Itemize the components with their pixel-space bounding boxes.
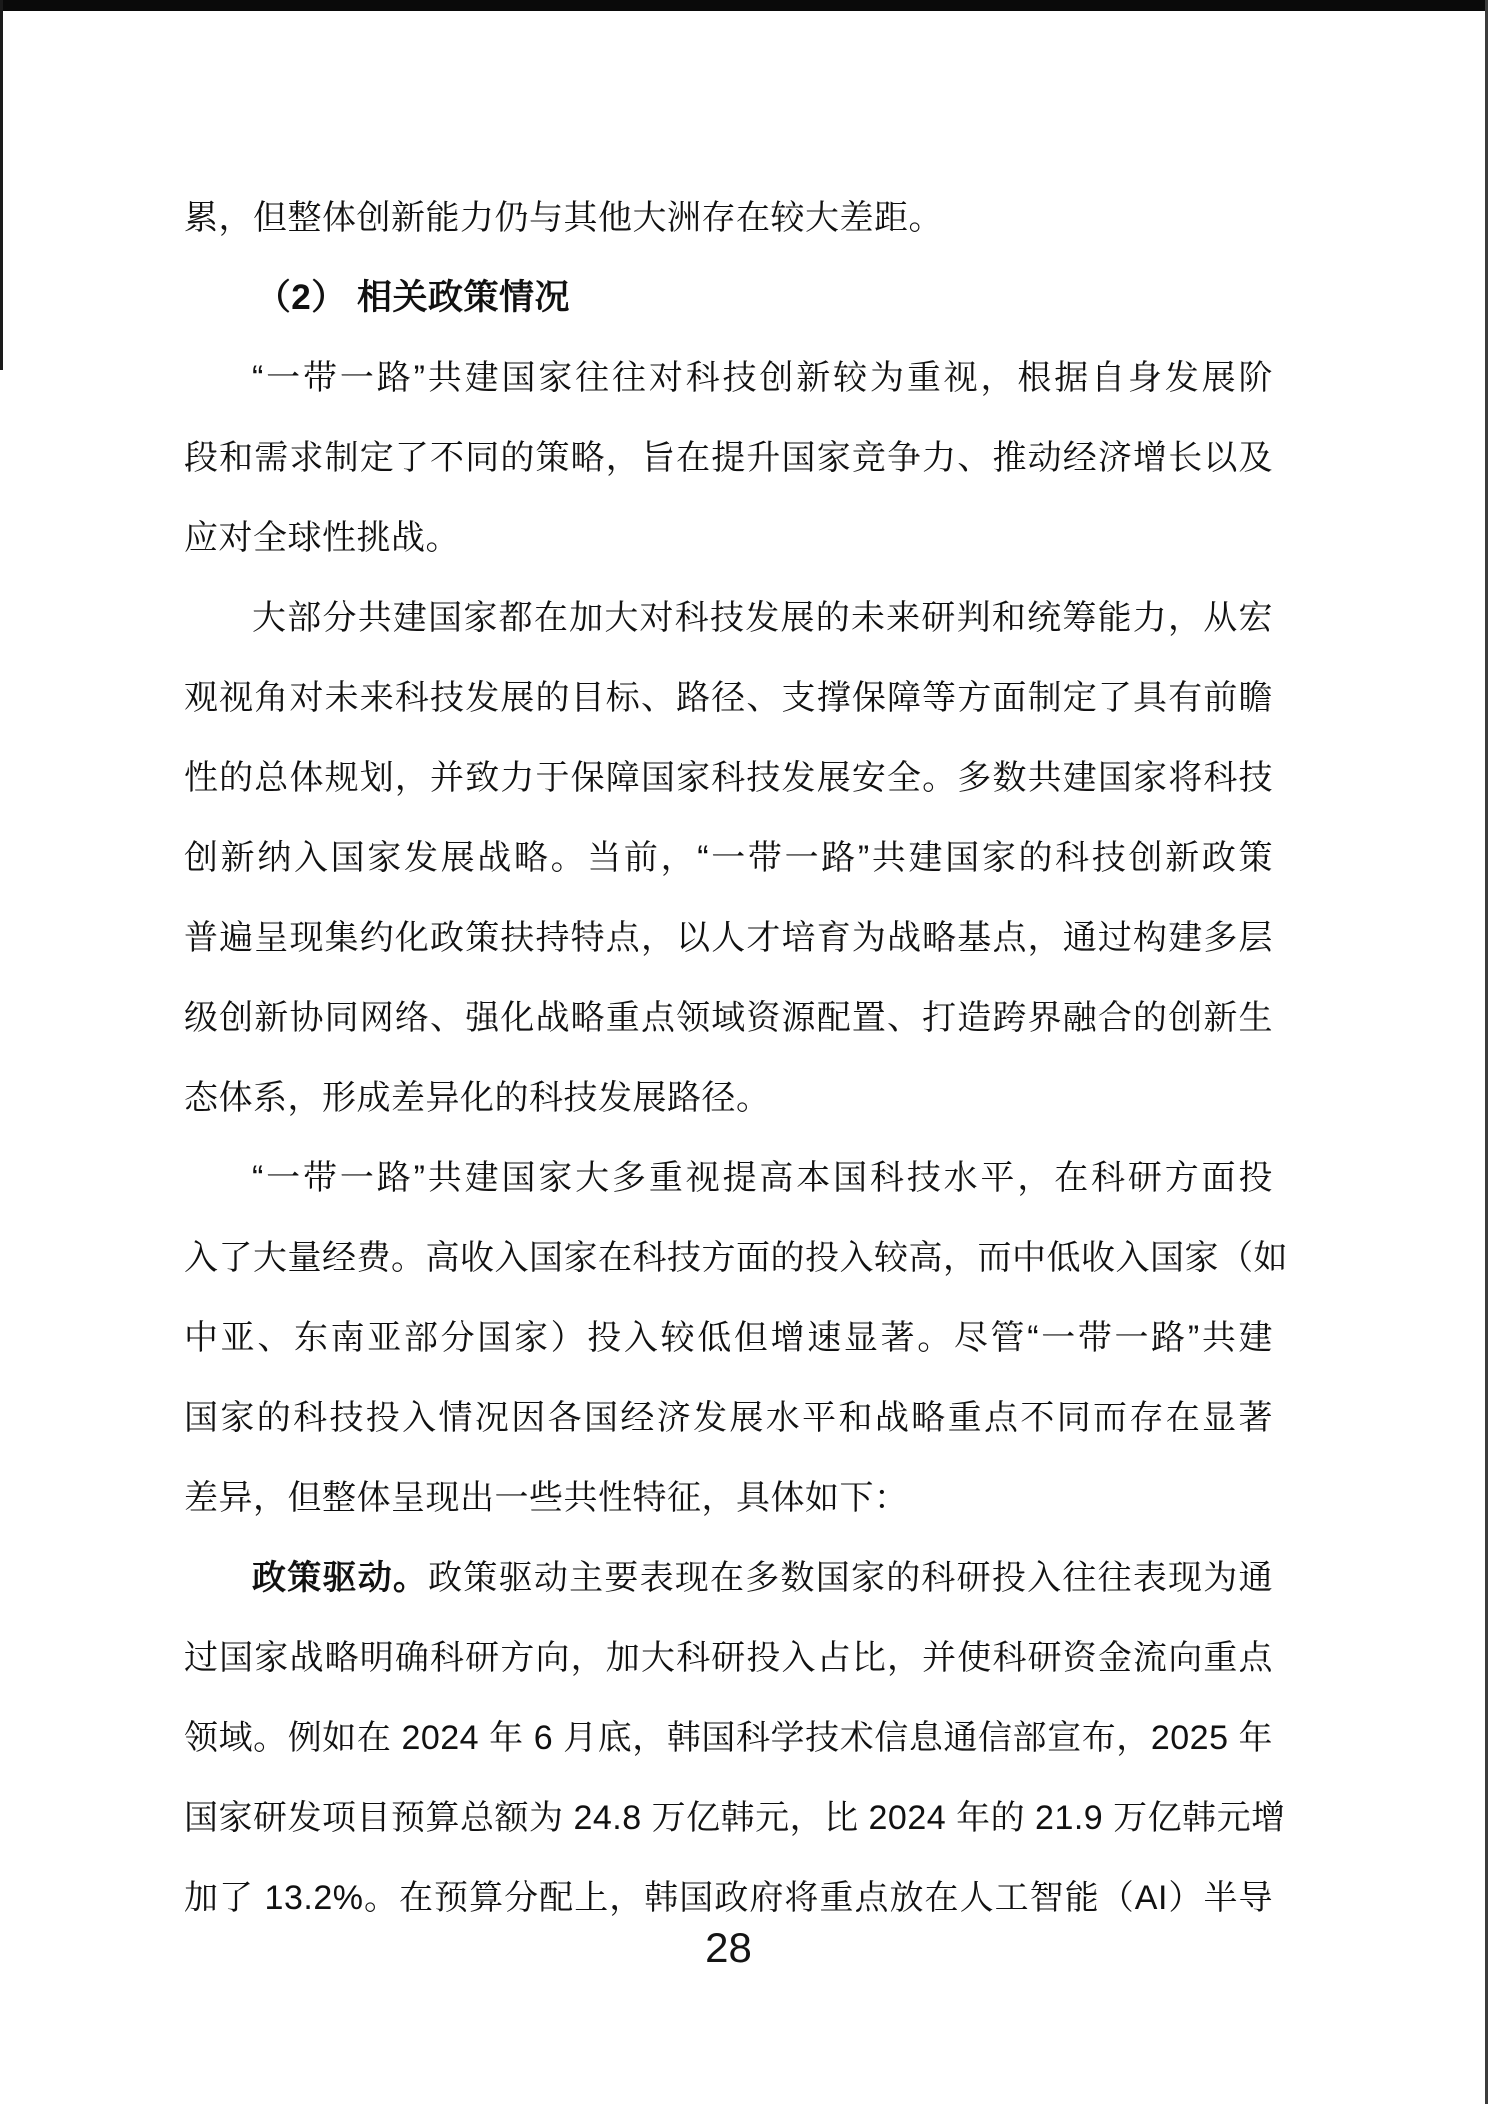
text-run: 政策驱动主要表现在多数国家的科研投入往往表现为通 [428,1559,1273,1597]
text-line: 政策驱动。政策驱动主要表现在多数国家的科研投入往往表现为通 [184,1538,1273,1618]
text-line: 过国家战略明确科研方向，加大科研投入占比，并使科研资金流向重点 [184,1618,1273,1698]
text-line: “一带一路”共建国家大多重视提高本国科技水平，在科研方面投 [184,1138,1273,1218]
text-line: 中亚、东南亚部分国家）投入较低但增速显著。尽管“一带一路”共建 [184,1298,1273,1378]
text-line: 应对全球性挑战。 [184,498,1273,578]
text-line: 领域。例如在 2024 年 6 月底，韩国科学技术信息通信部宣布，2025 年 [184,1698,1273,1778]
scan-edge-left [0,0,3,370]
section-heading: （2） 相关政策情况 [184,258,1273,338]
text-line: 大部分共建国家都在加大对科技发展的未来研判和统筹能力，从宏 [184,578,1273,658]
text-line: 创新纳入国家发展战略。当前，“一带一路”共建国家的科技创新政策 [184,818,1273,898]
text-line: 国家的科技投入情况因各国经济发展水平和战略重点不同而存在显著 [184,1378,1273,1458]
text-line: “一带一路”共建国家往往对科技创新较为重视，根据自身发展阶 [184,338,1273,418]
document-page: 累，但整体创新能力仍与其他大洲存在较大差距。 （2） 相关政策情况 “一带一路”… [0,0,1488,2104]
text-line: 态体系，形成差异化的科技发展路径。 [184,1058,1273,1138]
scan-edge-top [0,0,1488,11]
text-body: 累，但整体创新能力仍与其他大洲存在较大差距。 （2） 相关政策情况 “一带一路”… [184,178,1273,1938]
text-line: 段和需求制定了不同的策略，旨在提升国家竞争力、推动经济增长以及 [184,418,1273,498]
text-line: 观视角对未来科技发展的目标、路径、支撑保障等方面制定了具有前瞻 [184,658,1273,738]
text-line: 级创新协同网络、强化战略重点领域资源配置、打造跨界融合的创新生 [184,978,1273,1058]
text-line: 性的总体规划，并致力于保障国家科技发展安全。多数共建国家将科技 [184,738,1273,818]
text-line: 普遍呈现集约化政策扶持特点，以人才培育为战略基点，通过构建多层 [184,898,1273,978]
text-line: 国家研发项目预算总额为 24.8 万亿韩元，比 2024 年的 21.9 万亿韩… [184,1778,1273,1858]
text-line: 差异，但整体呈现出一些共性特征，具体如下： [184,1458,1273,1538]
text-line: 入了大量经费。高收入国家在科技方面的投入较高，而中低收入国家（如 [184,1218,1273,1298]
text-line: 累，但整体创新能力仍与其他大洲存在较大差距。 [184,178,1273,258]
bold-run-in-label: 政策驱动。 [252,1559,428,1597]
page-number: 28 [184,1916,1273,1980]
